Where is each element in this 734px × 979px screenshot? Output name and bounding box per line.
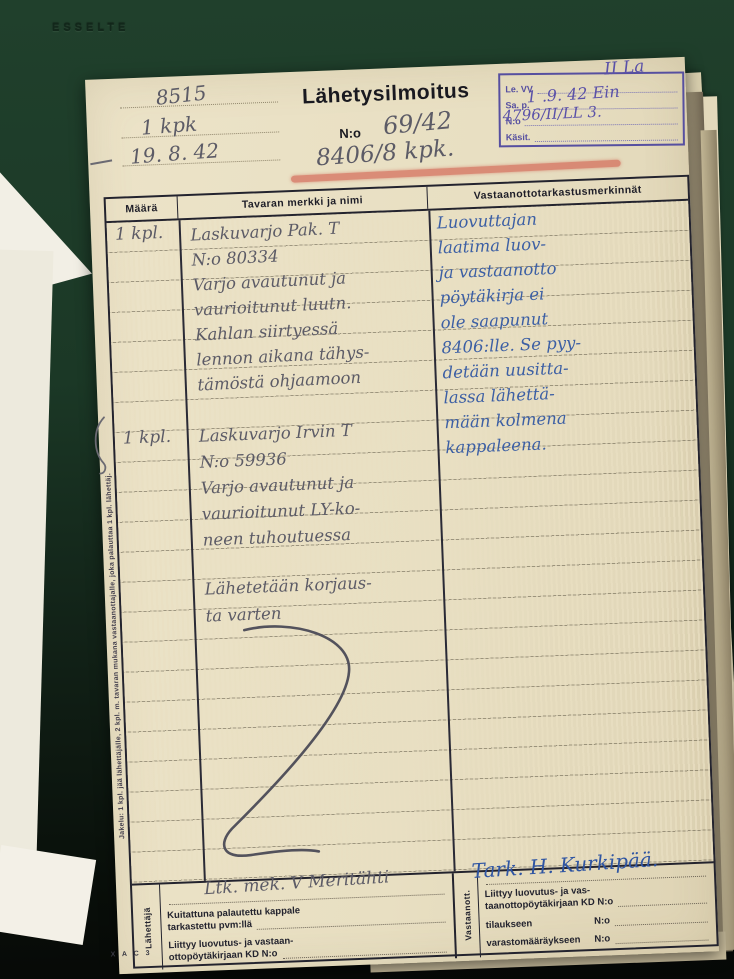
number-label: N:o — [339, 125, 361, 141]
registry-stamp-box: Le. VV Sa. p. N:o Käsit. II La 1 .9. 42 … — [498, 71, 685, 147]
entry1-item-text: Laskuvarjo Pak. T N:o 80334 Varjo avautu… — [190, 215, 371, 398]
receiver-vertical-label: Vastaanott. — [454, 872, 481, 958]
pencil-dash-mark — [90, 159, 112, 165]
stamp-row: Käsit. — [506, 125, 678, 143]
form-title: Lähetysilmoitus — [265, 78, 506, 111]
table-body: 1 kpl. Laskuvarjo Pak. T N:o 80334 Varjo… — [107, 201, 714, 884]
note-date: 19. 8. 42 — [129, 138, 220, 168]
note-line: 1 kpk — [120, 108, 279, 138]
dotted-fill-line — [615, 914, 708, 927]
table-footer: Lähettäjä Ltk. mek. V Meritähti Kuitattu… — [132, 861, 717, 970]
entry1-inspection-remarks: Luovuttajan laatima luov- ja vastaanotto… — [436, 205, 585, 460]
reference-number: 8406/8 kpk. — [315, 135, 455, 171]
sender-block: Lähettäjä Ltk. mek. V Meritähti Kuitattu… — [132, 873, 457, 970]
dispatch-form-sheet: 8515 1 kpk 19. 8. 42 Lähetysilmoitus N:o… — [85, 57, 719, 974]
stamp-handwritten-value: II La — [603, 56, 645, 79]
pencil-flourish-mark — [202, 613, 381, 869]
note-unit: 1 kpk — [140, 112, 198, 140]
receiver-block: Vastaanott. Tark. H. Kurkipää. Liittyy l… — [454, 863, 717, 958]
entry1-quantity: 1 kpl. — [115, 223, 164, 245]
pencil-margin-mark — [84, 411, 113, 482]
stamp-label: Käsit. — [506, 132, 531, 142]
stamp-dotted-line — [534, 129, 678, 143]
note-unit-number: 8515 — [155, 80, 208, 109]
dispatch-table: Määrä Tavaran merkki ja nimi Vastaanotto… — [104, 175, 719, 969]
entry2-quantity: 1 kpl. — [122, 427, 171, 449]
dotted-fill-line — [615, 932, 708, 945]
note-line: 8515 — [119, 78, 278, 108]
sender-content: Ltk. mek. V Meritähti Kuitattuna palaute… — [162, 873, 453, 969]
column-header-quantity: Määrä — [106, 196, 179, 221]
photo-scene: ESSELTE 8515 1 kpk 19. 8. 42 Lähetysilmo… — [0, 0, 734, 979]
sender-vertical-label: Lähettäjä — [132, 885, 163, 971]
white-paper-edge — [0, 249, 53, 931]
receiver-printed-line: tilaukseen N:o — [486, 912, 708, 932]
white-paper-corner — [0, 845, 96, 945]
note-line: 19. 8. 42 — [121, 136, 280, 166]
entry2-item-text: Laskuvarjo Irvin T N:o 59936 Varjo avaut… — [198, 418, 361, 554]
esselte-logo: ESSELTE — [52, 22, 129, 34]
dotted-fill-line — [618, 895, 707, 907]
receiver-printed-line: varastomääräykseen N:o — [486, 930, 708, 950]
receiver-content: Tark. H. Kurkipää. Liittyy luovutus- ja … — [480, 863, 715, 957]
